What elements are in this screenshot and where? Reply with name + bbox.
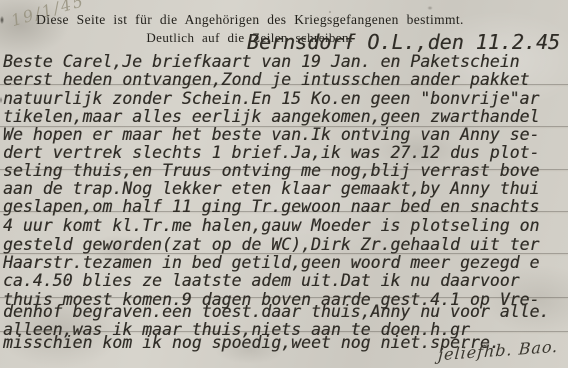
letter-line: Haarstr.tezamen in bed getild,geen woord… xyxy=(3,253,539,272)
letter-line: seling thuis,en Truus ontving me nog,bli… xyxy=(3,161,539,180)
letter-line: misschien kom ik nog spoedig,weet nog ni… xyxy=(3,333,500,352)
letter-line: eerst heden ontvangen,Zond je intusschen… xyxy=(3,70,530,89)
letter-dateline: Bernsdorf O.L.,den 11.2.45 xyxy=(247,30,560,54)
letter-line: tikelen,maar alles eerlijk aangekomen,ge… xyxy=(3,107,539,126)
letter-line: We hopen er maar het beste van.Ik ontvin… xyxy=(3,125,539,144)
letter-line: denhof begraven.een toest.daar thuis,Ann… xyxy=(3,302,549,321)
letter-line: dert vertrek slechts 1 brief.Ja,ik was 2… xyxy=(3,143,539,162)
letter-line: geslapen,om half 11 ging Tr.gewoon naar … xyxy=(3,197,539,216)
printed-instruction-line1: Diese Seite ist für die Angehörigen des … xyxy=(0,12,500,28)
letter-scan: 19/1/45 Diese Seite ist für die Angehöri… xyxy=(0,0,568,368)
letter-line: 4 uur komt kl.Tr.me halen,gauw Moeder is… xyxy=(3,216,539,235)
letter-line: aan de trap.Nog lekker eten klaar gemaak… xyxy=(3,179,539,198)
letter-line: natuurlijk zonder Schein.En 15 Ko.en gee… xyxy=(3,89,539,108)
letter-line: gesteld geworden(zat op de WC),Dirk Zr.g… xyxy=(3,235,539,254)
letter-line: Beste Carel,Je briefkaart van 19 Jan. en… xyxy=(3,52,520,71)
letter-line: ca.4.50 blies ze laatste adem uit.Dat ik… xyxy=(3,271,520,290)
